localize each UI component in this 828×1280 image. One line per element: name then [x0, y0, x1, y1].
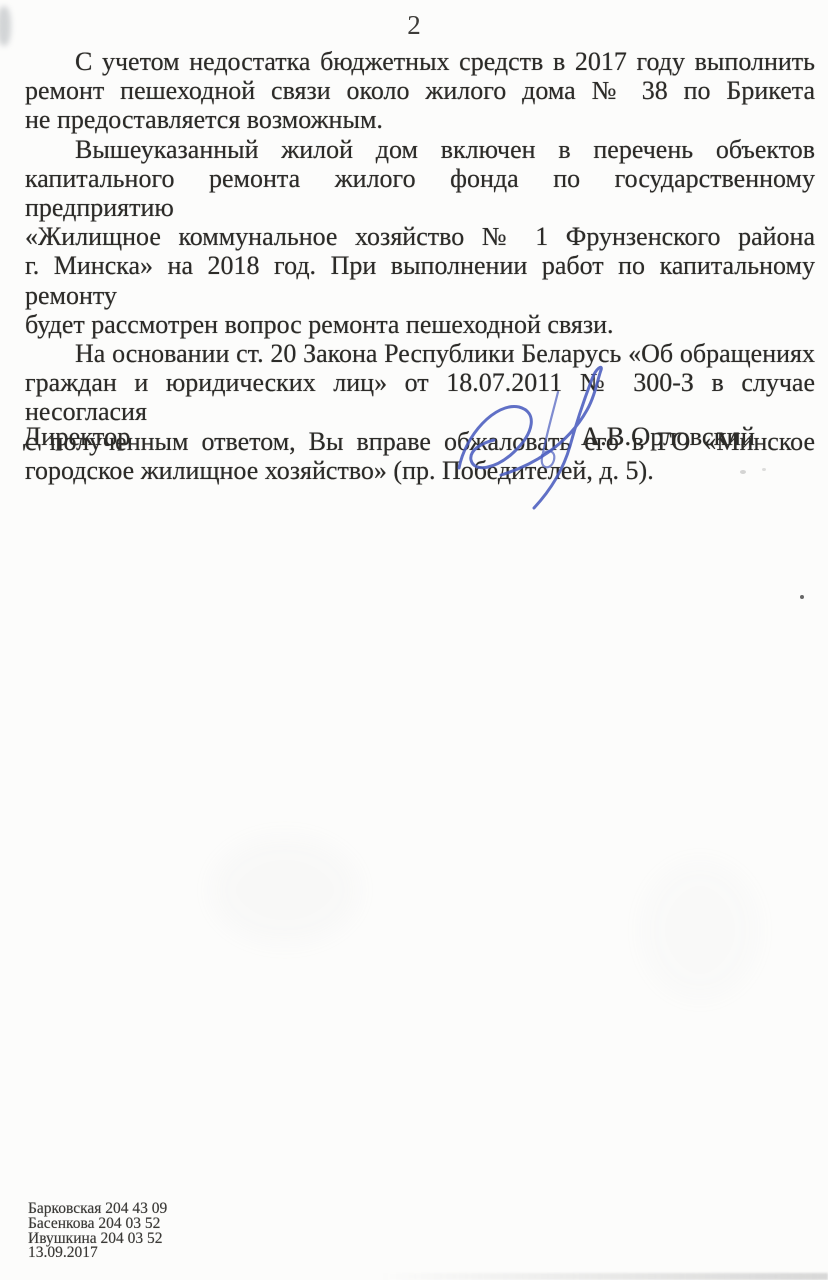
scanned-letter-page: 2 С учетом недостатка бюджетных средств …	[0, 0, 828, 1280]
text-line: г. Минска» на 2018 год. При выполнении р…	[25, 251, 815, 309]
footer-date: 13.09.2017	[28, 1246, 167, 1261]
paragraph-capital-repair: Вышеуказанный жилой дом включен в перече…	[25, 135, 815, 339]
paragraph-budget: С учетом недостатка бюджетных средств в …	[25, 47, 815, 135]
text-line: не предоставляется возможным.	[25, 105, 815, 134]
scan-speck	[740, 470, 746, 474]
text-line: граждан и юридических лиц» от 18.07.2011…	[25, 368, 815, 426]
paragraph-appeal-rights: На основании ст. 20 Закона Республики Бе…	[25, 339, 815, 485]
text-line: «Жилищное коммунальное хозяйство № 1 Фру…	[25, 222, 815, 251]
page-edge-shadow	[380, 1273, 828, 1280]
signatory-name: А.В.Орловский	[581, 421, 755, 452]
signature-row: Директор А.В.Орловский	[23, 421, 815, 452]
text-line: капитального ремонта жилого фонда по гос…	[25, 164, 815, 222]
scan-dot	[800, 595, 804, 599]
signatory-role: Директор	[23, 421, 131, 451]
text-line: На основании ст. 20 Закона Республики Бе…	[25, 339, 815, 368]
scan-speck	[762, 468, 766, 471]
page-number: 2	[0, 10, 828, 41]
footer-contacts: Барковская 204 43 09 Басенкова 204 03 52…	[28, 1202, 167, 1261]
text-line: Вышеуказанный жилой дом включен в перече…	[25, 135, 815, 164]
text-line: будет рассмотрен вопрос ремонта пешеходн…	[25, 310, 815, 339]
scan-blotch	[210, 835, 360, 945]
scan-smudge	[0, 6, 11, 46]
scan-blotch	[640, 860, 760, 1000]
letter-body: С учетом недостатка бюджетных средств в …	[25, 47, 815, 485]
text-line: ремонт пешеходной связи около жилого дом…	[25, 76, 815, 105]
text-line: городское жилищное хозяйство» (пр. Побед…	[25, 456, 815, 485]
text-line: С учетом недостатка бюджетных средств в …	[25, 47, 815, 76]
